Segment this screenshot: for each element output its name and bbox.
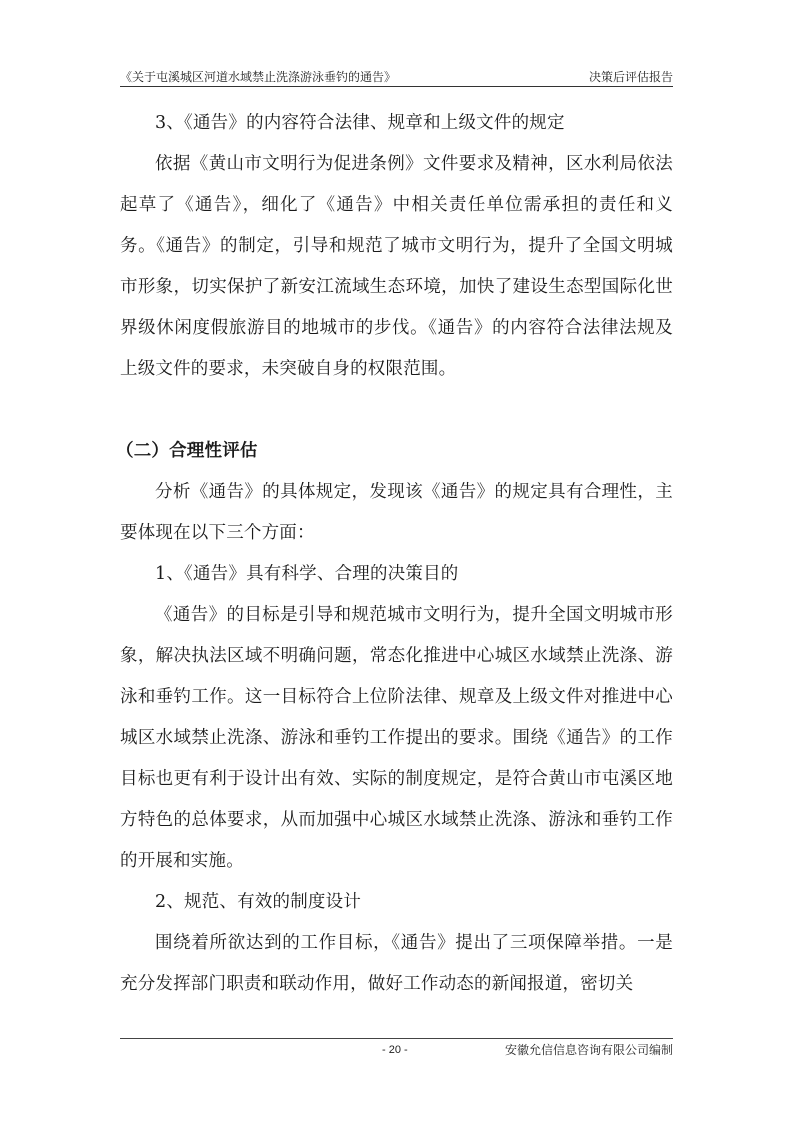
- item-2-paragraph: 围绕着所欲达到的工作目标，《通告》提出了三项保障举措。一是充分发挥部门职责和联动…: [120, 923, 673, 1005]
- page-body: 3、《通告》的内容符合法律、规章和上级文件的规定 依据《黄山市文明行为促进条例》…: [120, 103, 673, 1005]
- page-header: 《关于屯溪城区河道水域禁止洗涤游泳垂钓的通告》 决策后评估报告: [120, 70, 673, 87]
- item-2-title: 2、规范、有效的制度设计: [120, 882, 673, 923]
- page-number: - 20 -: [382, 1042, 408, 1058]
- section-2-intro-paragraph: 分析《通告》的具体规定，发现该《通告》的规定具有合理性，主要体现在以下三个方面：: [120, 472, 673, 554]
- footer-company: 安徽允信信息咨询有限公司编制: [505, 1042, 673, 1058]
- header-report-type: 决策后评估报告: [589, 70, 673, 85]
- item-1-title: 1、《通告》具有科学、合理的决策目的: [120, 554, 673, 595]
- section-2-heading: （二）合理性评估: [120, 431, 673, 472]
- page-footer: - 20 - 安徽允信信息咨询有限公司编制: [120, 1038, 673, 1039]
- header-document-title: 《关于屯溪城区河道水域禁止洗涤游泳垂钓的通告》: [120, 70, 396, 85]
- item-1-paragraph: 《通告》的目标是引导和规范城市文明行为，提升全国文明城市形象，解决执法区域不明确…: [120, 595, 673, 882]
- subsection-3-paragraph: 依据《黄山市文明行为促进条例》文件要求及精神，区水利局依法起草了《通告》，细化了…: [120, 144, 673, 390]
- subsection-3-title: 3、《通告》的内容符合法律、规章和上级文件的规定: [120, 103, 673, 144]
